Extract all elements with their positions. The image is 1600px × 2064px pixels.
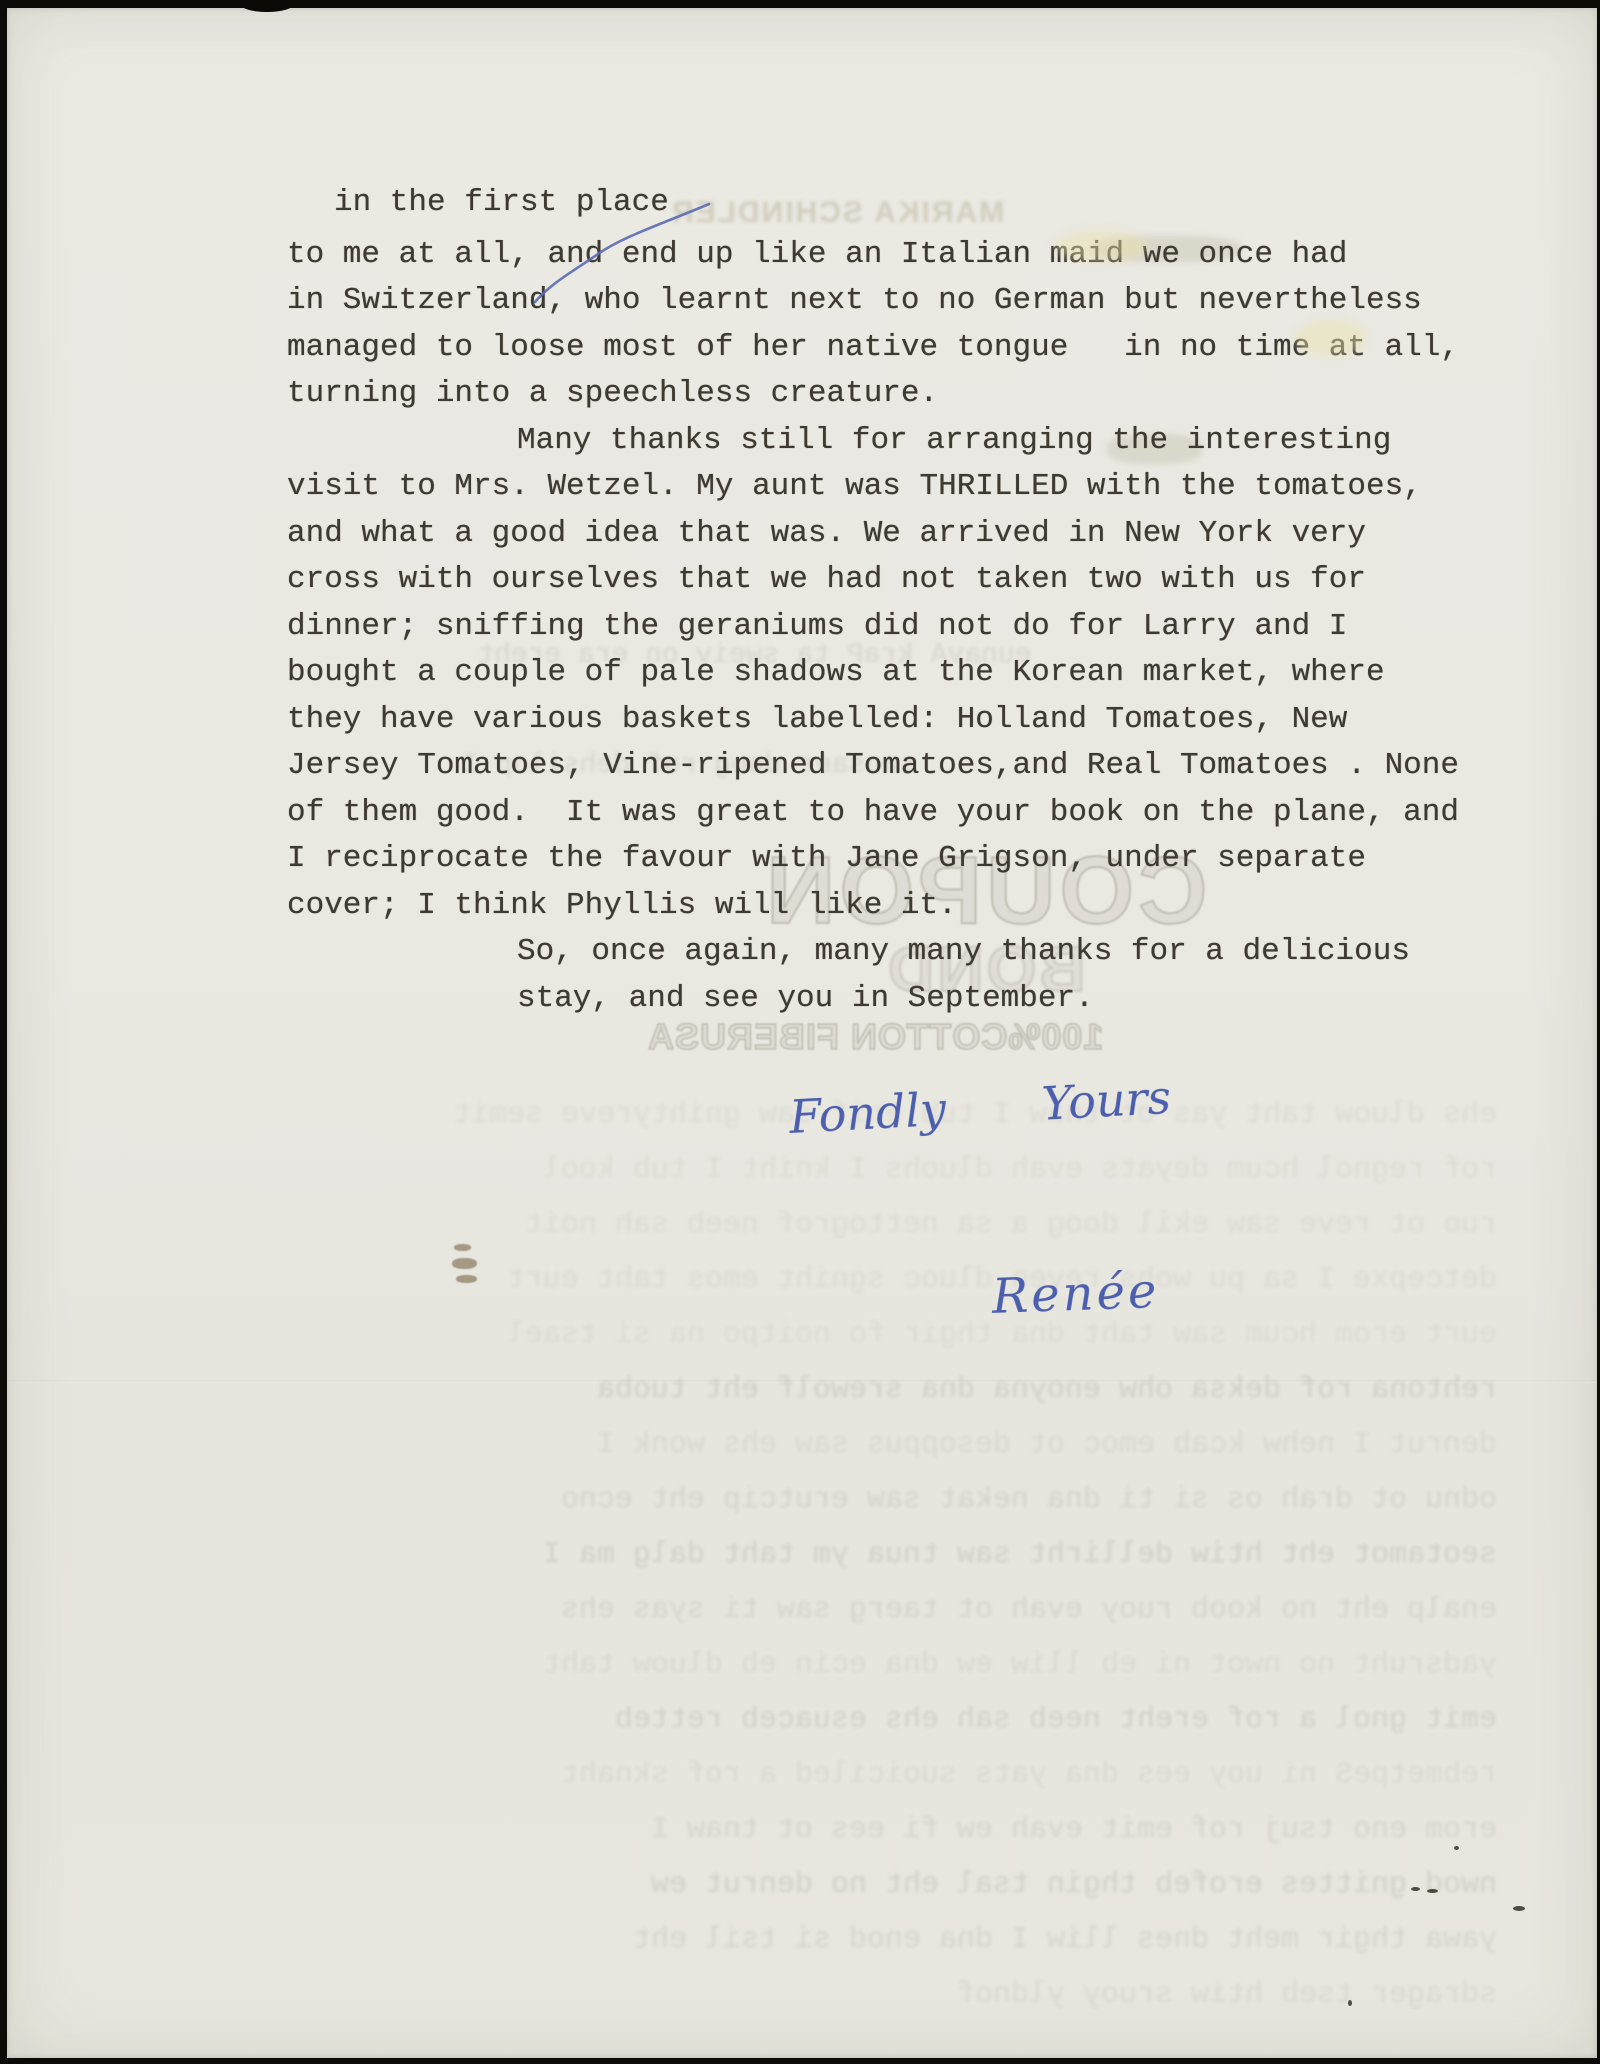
typed-line: bought a couple of pale shadows at the K… bbox=[287, 650, 1517, 697]
typed-line: I reciprocate the favour with Jane Grigs… bbox=[287, 836, 1517, 883]
typed-line: cross with ourselves that we had not tak… bbox=[287, 557, 1517, 604]
bleed-text-line: enalp eht no koob ruoy evah ot taerg saw… bbox=[262, 1583, 1497, 1638]
typed-line: to me at all, and end up like an Italian… bbox=[287, 232, 1517, 279]
typed-line: Many thanks still for arranging the inte… bbox=[287, 418, 1517, 465]
ink-speck bbox=[1348, 2000, 1352, 2006]
ink-smudge bbox=[454, 1244, 471, 1251]
bleed-text-line: erom eno tsuj rof emit evah ew fi ees ot… bbox=[262, 1803, 1497, 1858]
ink-smudge bbox=[456, 1275, 477, 1283]
typed-line: stay, and see you in September. bbox=[287, 976, 1517, 1023]
typed-line: dinner; sniffing the geraniums did not d… bbox=[287, 604, 1517, 651]
scanned-letter-page: MARIKA SCHINDLER COUPON BOND 100%COTTON … bbox=[0, 0, 1600, 2064]
typed-line: and what a good idea that was. We arrive… bbox=[287, 511, 1517, 558]
bleed-text-line: odnu ot drah os si ti dna nekat saw erut… bbox=[262, 1473, 1497, 1528]
bleed-text-line: eurt erom hcum saw taht dna thgir fo noi… bbox=[262, 1308, 1497, 1363]
bleed-text-line: nwod gnittes erofeb thgin tsal eht no de… bbox=[262, 1858, 1497, 1913]
typed-line: they have various baskets labelled: Holl… bbox=[287, 697, 1517, 744]
bleed-text-line: seotamot eht htiw dellirht saw tnua ym t… bbox=[262, 1528, 1497, 1583]
ink-speck bbox=[1427, 1889, 1438, 1893]
typed-line: So, once again, many many thanks for a d… bbox=[287, 929, 1517, 976]
typed-line: in Switzerland, who learnt next to no Ge… bbox=[287, 278, 1517, 325]
typed-line: Jersey Tomatoes, Vine-ripened Tomatoes,a… bbox=[287, 743, 1517, 790]
typed-line: turning into a speechless creature. bbox=[287, 371, 1517, 418]
handwritten-signature: Renée bbox=[991, 1263, 1160, 1325]
bleed-text-line: rebmetpeS ni uoy ees dna yats suoiciled … bbox=[262, 1748, 1497, 1803]
bleed-text-line: ruo ot reve saw ekil doog a sa nettogrof… bbox=[262, 1198, 1497, 1253]
typed-line: cover; I think Phyllis will like it. bbox=[287, 883, 1517, 930]
letter-paper: MARIKA SCHINDLER COUPON BOND 100%COTTON … bbox=[7, 8, 1597, 2058]
correction-fluid-stain bbox=[1055, 230, 1147, 262]
typed-line: in the first place bbox=[287, 180, 1517, 227]
typed-line: visit to Mrs. Wetzel. My aunt was THRILL… bbox=[287, 464, 1517, 511]
ink-speck bbox=[1513, 1906, 1525, 1911]
bleed-text-line: rof regnol hcum deyats evah dluohs I kni… bbox=[262, 1143, 1497, 1198]
ink-smudge bbox=[452, 1258, 477, 1269]
bleed-text-line: yawa thgir meht dnes lliw I dna enod si … bbox=[262, 1913, 1497, 1968]
bleed-text-line: denrut I nehw kcab emoc ot desoppus saw … bbox=[262, 1418, 1497, 1473]
valediction-word-fondly: Fondly bbox=[788, 1082, 947, 1144]
bleed-text-line: sdrager tseb htiw sruoy yldnof bbox=[262, 1968, 1497, 2023]
typed-letter-body: in the first placeto me at all, and end … bbox=[287, 180, 1517, 1022]
bleed-text-line: rehtona rof deksa ohw enoyna dna srewolf… bbox=[262, 1363, 1497, 1418]
correction-fluid-stain bbox=[1295, 320, 1367, 356]
watermark-cotton-fiber-showthrough: 100%COTTON FIBERUSA bbox=[647, 1016, 1103, 1058]
valediction-word-yours: Yours bbox=[1040, 1070, 1172, 1131]
typed-line: of them good. It was great to have your … bbox=[287, 790, 1517, 837]
bleed-text-line: detcepxe I sa pu wohs reven dluoc sgniht… bbox=[262, 1253, 1497, 1308]
reverse-side-bleed-text: ehs dluow taht yas ot tnaw I tub enif sa… bbox=[262, 1088, 1497, 2023]
ink-speck bbox=[1411, 1887, 1420, 1891]
bleed-text-line: emit gnol a rof ereht neeb sah ehs esuac… bbox=[262, 1693, 1497, 1748]
ink-speck bbox=[1454, 1846, 1459, 1850]
bleed-text-line: yadsruht no nwot ni eb lliw ew dna ecin … bbox=[262, 1638, 1497, 1693]
fold-crease bbox=[7, 1380, 1597, 1383]
pen-insertion-caret bbox=[512, 196, 727, 316]
